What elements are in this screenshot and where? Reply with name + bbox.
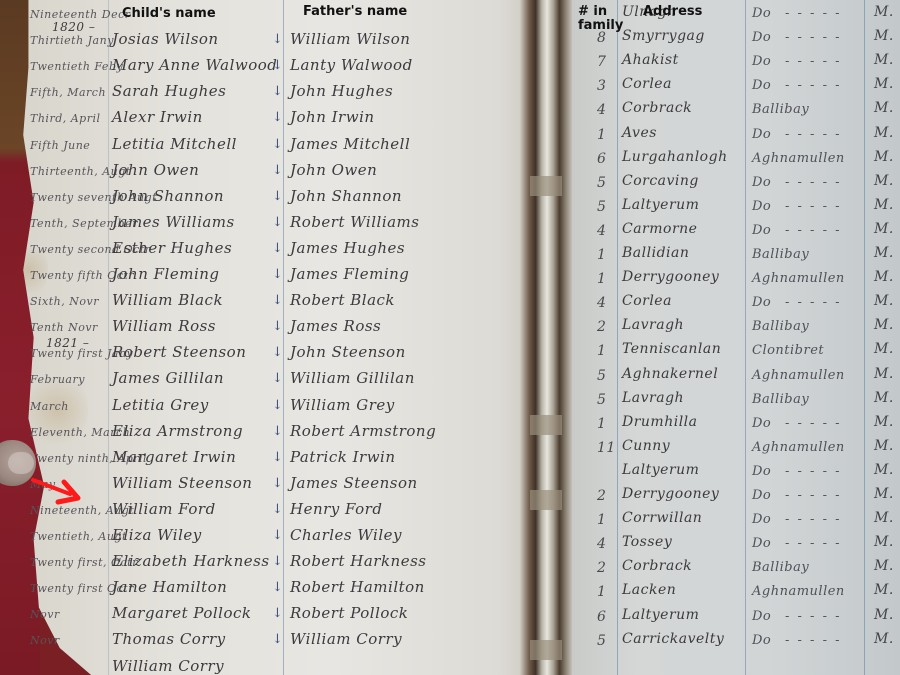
check-mark-icon: ↓ [272, 215, 283, 230]
townland: Derrygooney [622, 269, 719, 285]
child-name: William Corry [112, 657, 224, 675]
header-father-name: Father's name [303, 5, 407, 19]
townland: Ballidian [622, 245, 689, 261]
father-name: Robert Pollock [290, 604, 408, 622]
ditto-dashes: - - - - - [785, 127, 842, 142]
entry-date: Tenth Novr [30, 321, 98, 334]
ditto-dashes: - - - - - [785, 536, 842, 551]
parish: Aghnamullen [752, 584, 845, 599]
thumbnail [8, 452, 34, 474]
check-mark-icon: ↓ [272, 528, 283, 543]
column-rule [617, 0, 618, 675]
family-count: 1 [597, 416, 606, 432]
family-count: 5 [597, 392, 606, 408]
check-mark-icon: ↓ [272, 189, 283, 204]
parish: Do [752, 633, 771, 648]
ditto-dashes: - - - - - [785, 223, 842, 238]
status-mark: M. [874, 173, 894, 189]
father-name: Robert Williams [290, 213, 419, 231]
townland: Smyrrygag [622, 28, 705, 44]
child-name: William Ross [112, 317, 216, 335]
check-mark-icon: ↓ [272, 32, 283, 47]
parish: Do [752, 78, 771, 93]
status-mark: M. [874, 269, 894, 285]
townland: Drumhilla [622, 414, 698, 430]
check-mark-icon: ↓ [272, 267, 283, 282]
parish: Do [752, 536, 771, 551]
child-name: Josias Wilson [112, 30, 219, 48]
parish: Ballibay [752, 102, 809, 117]
parish: Aghnamullen [752, 151, 845, 166]
family-count: 1 [597, 584, 606, 600]
parish: Do [752, 54, 771, 69]
parish: Ballibay [752, 319, 809, 334]
red-arrow-icon [30, 474, 82, 508]
child-name: William Black [112, 291, 223, 309]
status-mark: M. [874, 52, 894, 68]
status-mark: M. [874, 510, 894, 526]
parish: Do [752, 512, 771, 527]
father-name: John Irwin [290, 108, 375, 126]
status-mark: M. [874, 631, 894, 647]
check-mark-icon: ↓ [272, 110, 283, 125]
parish: Do [752, 6, 771, 21]
townland: Corlea [622, 293, 672, 309]
father-name: James Hughes [290, 239, 405, 257]
child-name: James Williams [112, 213, 235, 231]
child-name: Sarah Hughes [112, 82, 226, 100]
status-mark: M. [874, 28, 894, 44]
townland: Laltyerum [622, 462, 699, 478]
townland: Corbrack [622, 558, 692, 574]
townland: Ahakist [622, 52, 679, 68]
entry-date: Fifth June [30, 139, 90, 152]
header-address: Address [643, 5, 702, 19]
column-rule [108, 0, 109, 675]
family-count: 6 [597, 151, 606, 167]
check-mark-icon: ↓ [272, 424, 283, 439]
status-mark: M. [874, 582, 894, 598]
ditto-dashes: - - - - - [785, 609, 842, 624]
child-name: William Ford [112, 500, 216, 518]
status-mark: M. [874, 558, 894, 574]
family-count: 2 [597, 319, 606, 335]
binding-tear [530, 415, 562, 435]
parish: Do [752, 416, 771, 431]
parish: Ballibay [752, 247, 809, 262]
status-mark: M. [874, 486, 894, 502]
townland: Laltyerum [622, 197, 699, 213]
father-name: Charles Wiley [290, 526, 402, 544]
binding-tear [530, 640, 562, 660]
header-num-in-family: # in family [578, 5, 623, 33]
parish: Do [752, 464, 771, 479]
family-count: 5 [597, 199, 606, 215]
status-mark: M. [874, 317, 894, 333]
family-count: 5 [597, 633, 606, 649]
entry-date: Fifth, March [30, 86, 106, 99]
townland: Tenniscanlan [622, 341, 721, 357]
year-marker-1820: 1820 – [52, 20, 95, 34]
check-mark-icon: ↓ [272, 632, 283, 647]
ditto-dashes: - - - - - [785, 488, 842, 503]
family-count: 1 [597, 271, 606, 287]
parish: Do [752, 175, 771, 190]
ditto-dashes: - - - - - [785, 54, 842, 69]
father-name: James Steenson [290, 474, 418, 492]
child-name: William Steenson [112, 474, 252, 492]
family-count: 11 [597, 440, 616, 456]
column-rule [745, 0, 746, 675]
entry-date: Novr [30, 634, 60, 647]
child-name: Margaret Irwin [112, 448, 236, 466]
father-name: John Steenson [290, 343, 406, 361]
townland: Carrickavelty [622, 631, 724, 647]
family-count: 1 [597, 247, 606, 263]
townland: Lavragh [622, 317, 684, 333]
townland: Lurgahanlogh [622, 149, 728, 165]
father-name: Patrick Irwin [290, 448, 396, 466]
parish: Clontibret [752, 343, 824, 358]
townland: Derrygooney [622, 486, 719, 502]
townland: Laltyerum [622, 607, 699, 623]
check-mark-icon: ↓ [272, 450, 283, 465]
entry-date: Thirtieth Jany [30, 34, 114, 47]
father-name: John Owen [290, 161, 377, 179]
parish: Ballibay [752, 392, 809, 407]
status-mark: M. [874, 607, 894, 623]
status-mark: M. [874, 4, 894, 20]
parish: Aghnamullen [752, 271, 845, 286]
check-mark-icon: ↓ [272, 580, 283, 595]
status-mark: M. [874, 341, 894, 357]
entry-date: Twentieth Feby [30, 60, 123, 73]
parish: Aghnamullen [752, 368, 845, 383]
status-mark: M. [874, 438, 894, 454]
status-mark: M. [874, 245, 894, 261]
check-mark-icon: ↓ [272, 163, 283, 178]
townland: Aves [622, 125, 657, 141]
child-name: Alexr Irwin [112, 108, 203, 126]
ditto-dashes: - - - - - [785, 175, 842, 190]
entry-date: Nineteenth Decr [30, 8, 131, 21]
status-mark: M. [874, 462, 894, 478]
column-rule [864, 0, 865, 675]
child-name: Eliza Armstrong [112, 422, 243, 440]
status-mark: M. [874, 366, 894, 382]
family-count: 4 [597, 536, 606, 552]
ditto-dashes: - - - - - [785, 512, 842, 527]
child-name: Eliza Wiley [112, 526, 202, 544]
ditto-dashes: - - - - - [785, 464, 842, 479]
entry-date: Third, April [30, 112, 101, 125]
child-name: James Gillilan [112, 369, 224, 387]
father-name: William Wilson [290, 30, 410, 48]
father-name: William Corry [290, 630, 402, 648]
family-count: 4 [597, 295, 606, 311]
family-count: 2 [597, 560, 606, 576]
father-name: Robert Harkness [290, 552, 427, 570]
ditto-dashes: - - - - - [785, 295, 842, 310]
father-name: James Mitchell [290, 135, 410, 153]
check-mark-icon: ↓ [272, 398, 283, 413]
check-mark-icon: ↓ [272, 345, 283, 360]
father-name: Robert Hamilton [290, 578, 425, 596]
header-num-in-family-line2: family [578, 18, 623, 33]
family-count: 5 [597, 368, 606, 384]
book-gutter [520, 0, 572, 675]
child-name: Letitia Grey [112, 396, 209, 414]
status-mark: M. [874, 100, 894, 116]
check-mark-icon: ↓ [272, 606, 283, 621]
parish: Do [752, 609, 771, 624]
entry-date: Novr [30, 608, 60, 621]
check-mark-icon: ↓ [272, 293, 283, 308]
ditto-dashes: - - - - - [785, 633, 842, 648]
parish: Ballibay [752, 560, 809, 575]
check-mark-icon: ↓ [272, 84, 283, 99]
child-name: Jane Hamilton [112, 578, 227, 596]
father-name: Lanty Walwood [290, 56, 413, 74]
townland: Corlea [622, 76, 672, 92]
status-mark: M. [874, 76, 894, 92]
townland: Corrwillan [622, 510, 702, 526]
check-mark-icon: ↓ [272, 554, 283, 569]
status-mark: M. [874, 221, 894, 237]
parish: Aghnamullen [752, 440, 845, 455]
status-mark: M. [874, 414, 894, 430]
father-name: James Ross [290, 317, 381, 335]
check-mark-icon: ↓ [272, 476, 283, 491]
ditto-dashes: - - - - - [785, 30, 842, 45]
parish: Do [752, 223, 771, 238]
child-name: Mary Anne Walwood [112, 56, 277, 74]
header-child-name: Child's name [122, 7, 216, 21]
status-mark: M. [874, 293, 894, 309]
child-name: John Fleming [112, 265, 220, 283]
status-mark: M. [874, 149, 894, 165]
townland: Carmorne [622, 221, 697, 237]
check-mark-icon: ↓ [272, 241, 283, 256]
family-count: 4 [597, 102, 606, 118]
child-name: Thomas Corry [112, 630, 226, 648]
check-mark-icon: ↓ [272, 502, 283, 517]
header-num-in-family-line1: # in [578, 4, 607, 19]
townland: Aghnakernel [622, 366, 718, 382]
parish: Do [752, 30, 771, 45]
father-name: Henry Ford [290, 500, 382, 518]
status-mark: M. [874, 390, 894, 406]
family-count: 4 [597, 223, 606, 239]
ditto-dashes: - - - - - [785, 78, 842, 93]
family-count: 2 [597, 488, 606, 504]
ditto-dashes: - - - - - [785, 199, 842, 214]
child-name: Elizabeth Harkness [112, 552, 270, 570]
father-name: James Fleming [290, 265, 409, 283]
check-mark-icon: ↓ [272, 319, 283, 334]
status-mark: M. [874, 197, 894, 213]
child-name: Robert Steenson [112, 343, 246, 361]
entry-date: Sixth, Novr [30, 295, 99, 308]
father-name: William Grey [290, 396, 395, 414]
check-mark-icon: ↓ [272, 58, 283, 73]
left-page [18, 0, 540, 675]
father-name: William Gillilan [290, 369, 415, 387]
ditto-dashes: - - - - - [785, 6, 842, 21]
father-name: Robert Black [290, 291, 395, 309]
check-mark-icon: ↓ [272, 137, 283, 152]
child-name: Margaret Pollock [112, 604, 252, 622]
family-count: 1 [597, 343, 606, 359]
father-name: John Hughes [290, 82, 393, 100]
townland: Cunny [622, 438, 670, 454]
binding-tear [530, 490, 562, 510]
parish: Do [752, 488, 771, 503]
family-count: 6 [597, 609, 606, 625]
father-name: John Shannon [290, 187, 402, 205]
child-name: John Owen [112, 161, 199, 179]
family-count: 1 [597, 127, 606, 143]
ditto-dashes: - - - - - [785, 416, 842, 431]
child-name: Esther Hughes [112, 239, 232, 257]
entry-date: February [30, 373, 85, 386]
family-count: 7 [597, 54, 606, 70]
family-count: 1 [597, 512, 606, 528]
family-count: 3 [597, 78, 606, 94]
child-name: Letitia Mitchell [112, 135, 237, 153]
status-mark: M. [874, 534, 894, 550]
townland: Lacken [622, 582, 676, 598]
townland: Lavragh [622, 390, 684, 406]
family-count: 5 [597, 175, 606, 191]
parish: Do [752, 199, 771, 214]
entry-date: March [30, 400, 69, 413]
townland: Corcaving [622, 173, 699, 189]
parish: Do [752, 127, 771, 142]
townland: Corbrack [622, 100, 692, 116]
column-rule [283, 0, 284, 675]
townland: Tossey [622, 534, 672, 550]
parish: Do [752, 295, 771, 310]
father-name: Robert Armstrong [290, 422, 436, 440]
child-name: John Shannon [112, 187, 224, 205]
binding-tear [530, 176, 562, 196]
check-mark-icon: ↓ [272, 371, 283, 386]
status-mark: M. [874, 125, 894, 141]
